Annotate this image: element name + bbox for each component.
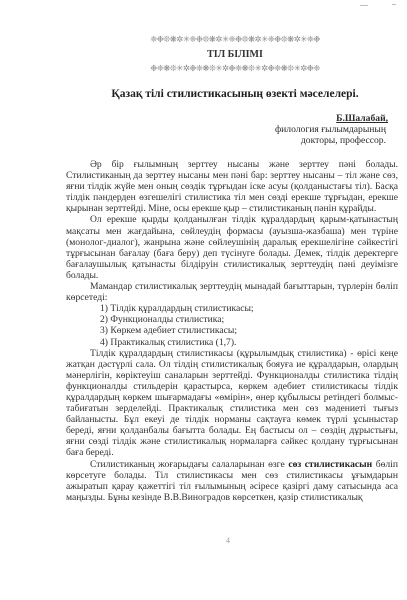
author-block: Б.Шалабай, филология ғылымдарының доктор… (275, 113, 388, 146)
author-degree-line1: филология ғылымдарының (275, 124, 388, 135)
author-name: Б.Шалабай, (336, 113, 388, 124)
text-run: Стилистиканың жоғарыдағы салаларынан өзг… (90, 459, 288, 470)
list-item: 3) Көркем әдебиет стилистикасы; (100, 325, 398, 336)
scan-artifact (392, 4, 396, 5)
list-item: 1) Тілдік құралдардың стилистикасы; (100, 303, 398, 314)
page-number: 4 (226, 536, 230, 545)
paragraph: Стилистиканың жоғарыдағы салаларынан өзг… (66, 459, 398, 503)
list-item: 4) Практикалық стилистика (1,7). (100, 337, 398, 348)
bold-term: сөз стилистикасын (288, 459, 372, 470)
list-item: 2) Функционалды стилистика; (100, 314, 398, 325)
stylistics-types-list: 1) Тілдік құралдардың стилистикасы; 2) Ф… (66, 303, 398, 347)
ornament-top: ❈❉❊❋✲✳❈❉❊❋✲✳❈❉❊❋✲✳❈❉❊❋✲✳❈❉ (120, 35, 350, 44)
paragraph: Әр бір ғылымның зерттеу нысаны және зерт… (66, 159, 398, 214)
ornament-bottom: ❉❈❋❊✳✲❉❈❋❊✳✲❉❈❋❊✳✲❉❈❋❊✳✲❉❈ (120, 64, 350, 73)
scan-artifact (360, 5, 368, 6)
paragraph: Тілдік құралдардың стилистикасы (құрылым… (66, 348, 398, 459)
section-title: ТІЛ БІЛІМІ (0, 49, 407, 60)
paragraph: Ол ерекше қырды қолданылған тілдік құрал… (66, 214, 398, 281)
paragraph: Мамандар стилистикалық зерттеудің мынада… (66, 281, 398, 303)
article-body: Әр бір ғылымның зерттеу нысаны және зерт… (66, 159, 398, 503)
article-title: Қазақ тілі стилистикасының өзекті мәселе… (0, 88, 407, 100)
author-degree-line2: докторы, профессор. (275, 135, 388, 146)
